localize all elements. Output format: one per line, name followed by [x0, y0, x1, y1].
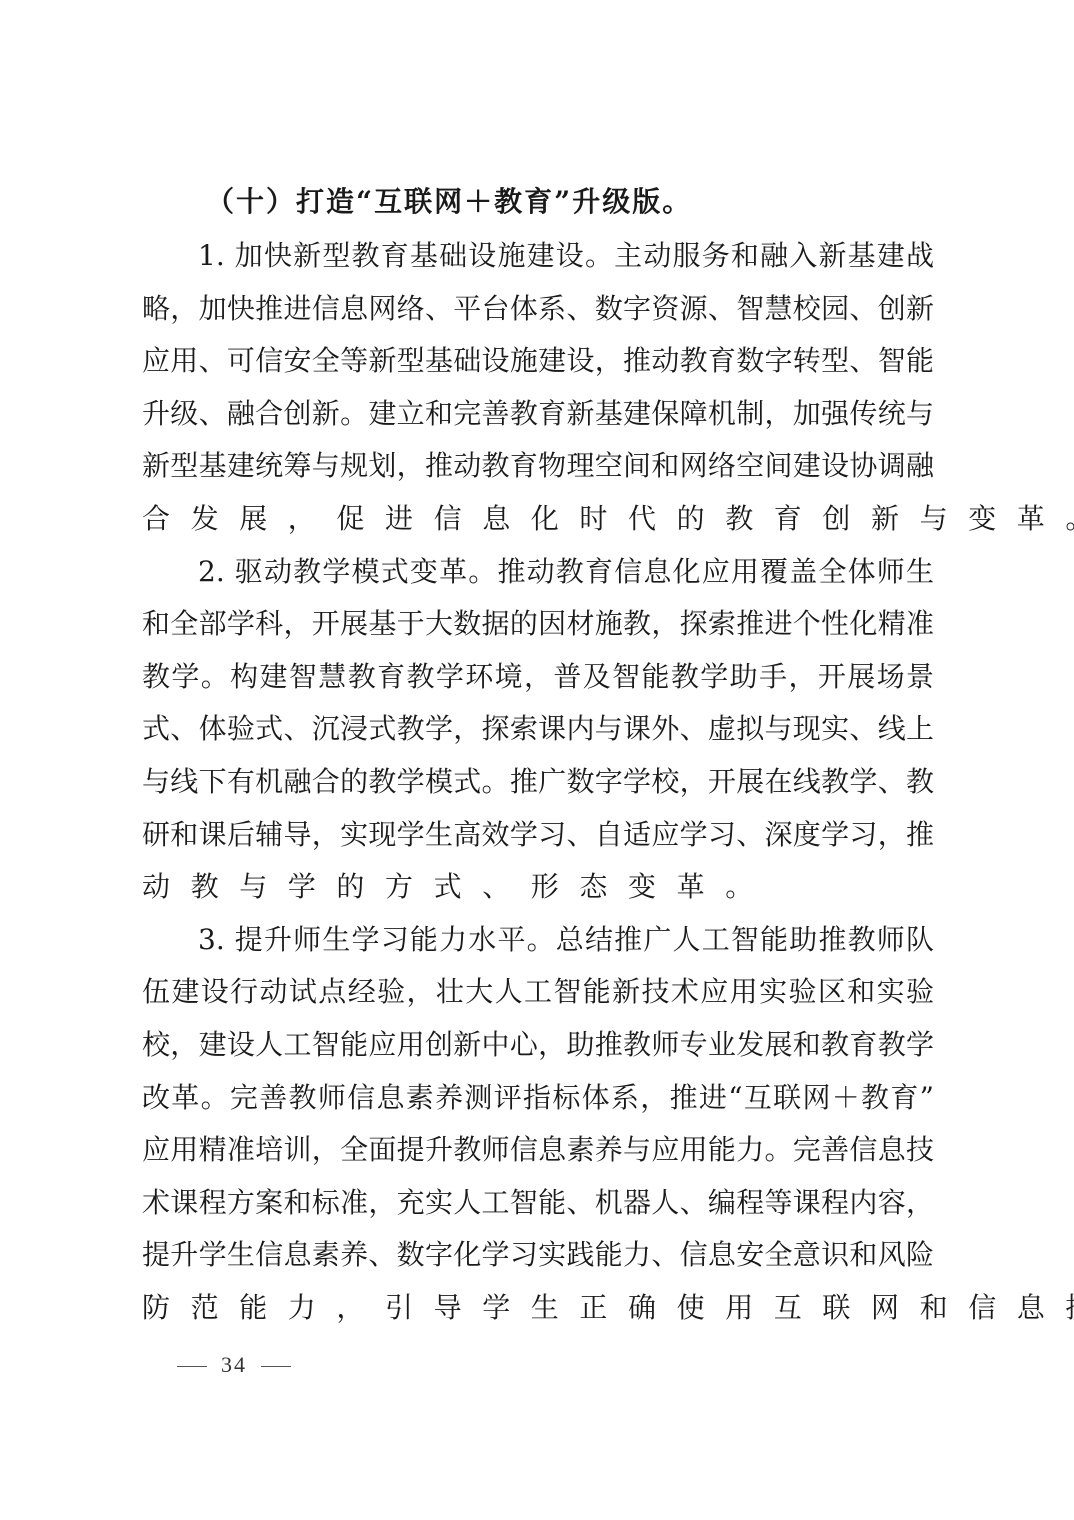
page-number-value: 34	[221, 1352, 247, 1377]
text-line: 新型基建统筹与规划，推动教育物理空间和网络空间建设协调融	[142, 440, 934, 493]
text-line: 略，加快推进信息网络、平台体系、数字资源、智慧校园、创新	[142, 283, 934, 336]
text-line: 合发展，促进信息化时代的教育创新与变革。	[142, 493, 934, 546]
text-line: 教学。构建智慧教育教学环境，普及智能教学助手，开展场景	[142, 651, 934, 704]
text-line: 动教与学的方式、形态变革。	[142, 861, 934, 914]
dash-decoration	[177, 1366, 207, 1367]
text-line: 伍建设行动试点经验，壮大人工智能新技术应用实验区和实验	[142, 966, 934, 1019]
text-line: 1. 加快新型教育基础设施建设。主动服务和融入新基建战	[142, 230, 934, 283]
page-number: 34	[163, 1352, 305, 1378]
text-line: 防范能力，引导学生正确使用互联网和信息技术。	[142, 1282, 934, 1335]
text-line: 改革。完善教师信息素养测评指标体系，推进“互联网＋教育”	[142, 1072, 934, 1125]
text-line: 升级、融合创新。建立和完善教育新基建保障机制，加强传统与	[142, 388, 934, 441]
paragraph-3: 3. 提升师生学习能力水平。总结推广人工智能助推教师队 伍建设行动试点经验，壮大…	[142, 914, 934, 1335]
text-line: 式、体验式、沉浸式教学，探索课内与课外、虚拟与现实、线上	[142, 703, 934, 756]
text-line: 提升学生信息素养、数字化学习实践能力、信息安全意识和风险	[142, 1229, 934, 1282]
paragraph-1: 1. 加快新型教育基础设施建设。主动服务和融入新基建战 略，加快推进信息网络、平…	[142, 230, 934, 546]
text-line: 应用精准培训，全面提升教师信息素养与应用能力。完善信息技	[142, 1124, 934, 1177]
text-line: 研和课后辅导，实现学生高效学习、自适应学习、深度学习，推	[142, 809, 934, 862]
section-heading: （十）打造“互联网＋教育”升级版。	[142, 176, 934, 230]
text-line: 2. 驱动教学模式变革。推动教育信息化应用覆盖全体师生	[142, 546, 934, 599]
document-body: （十）打造“互联网＋教育”升级版。 1. 加快新型教育基础设施建设。主动服务和融…	[142, 176, 934, 1334]
paragraph-2: 2. 驱动教学模式变革。推动教育信息化应用覆盖全体师生 和全部学科，开展基于大数…	[142, 546, 934, 914]
dash-decoration	[261, 1366, 291, 1367]
text-line: 与线下有机融合的教学模式。推广数字学校，开展在线教学、教	[142, 756, 934, 809]
text-line: 术课程方案和标准，充实人工智能、机器人、编程等课程内容，	[142, 1177, 934, 1230]
text-line: 校，建设人工智能应用创新中心，助推教师专业发展和教育教学	[142, 1019, 934, 1072]
text-line: 和全部学科，开展基于大数据的因材施教，探索推进个性化精准	[142, 598, 934, 651]
document-page: （十）打造“互联网＋教育”升级版。 1. 加快新型教育基础设施建设。主动服务和融…	[0, 0, 1074, 1520]
text-line: 应用、可信安全等新型基础设施建设，推动教育数字转型、智能	[142, 335, 934, 388]
text-line: 3. 提升师生学习能力水平。总结推广人工智能助推教师队	[142, 914, 934, 967]
